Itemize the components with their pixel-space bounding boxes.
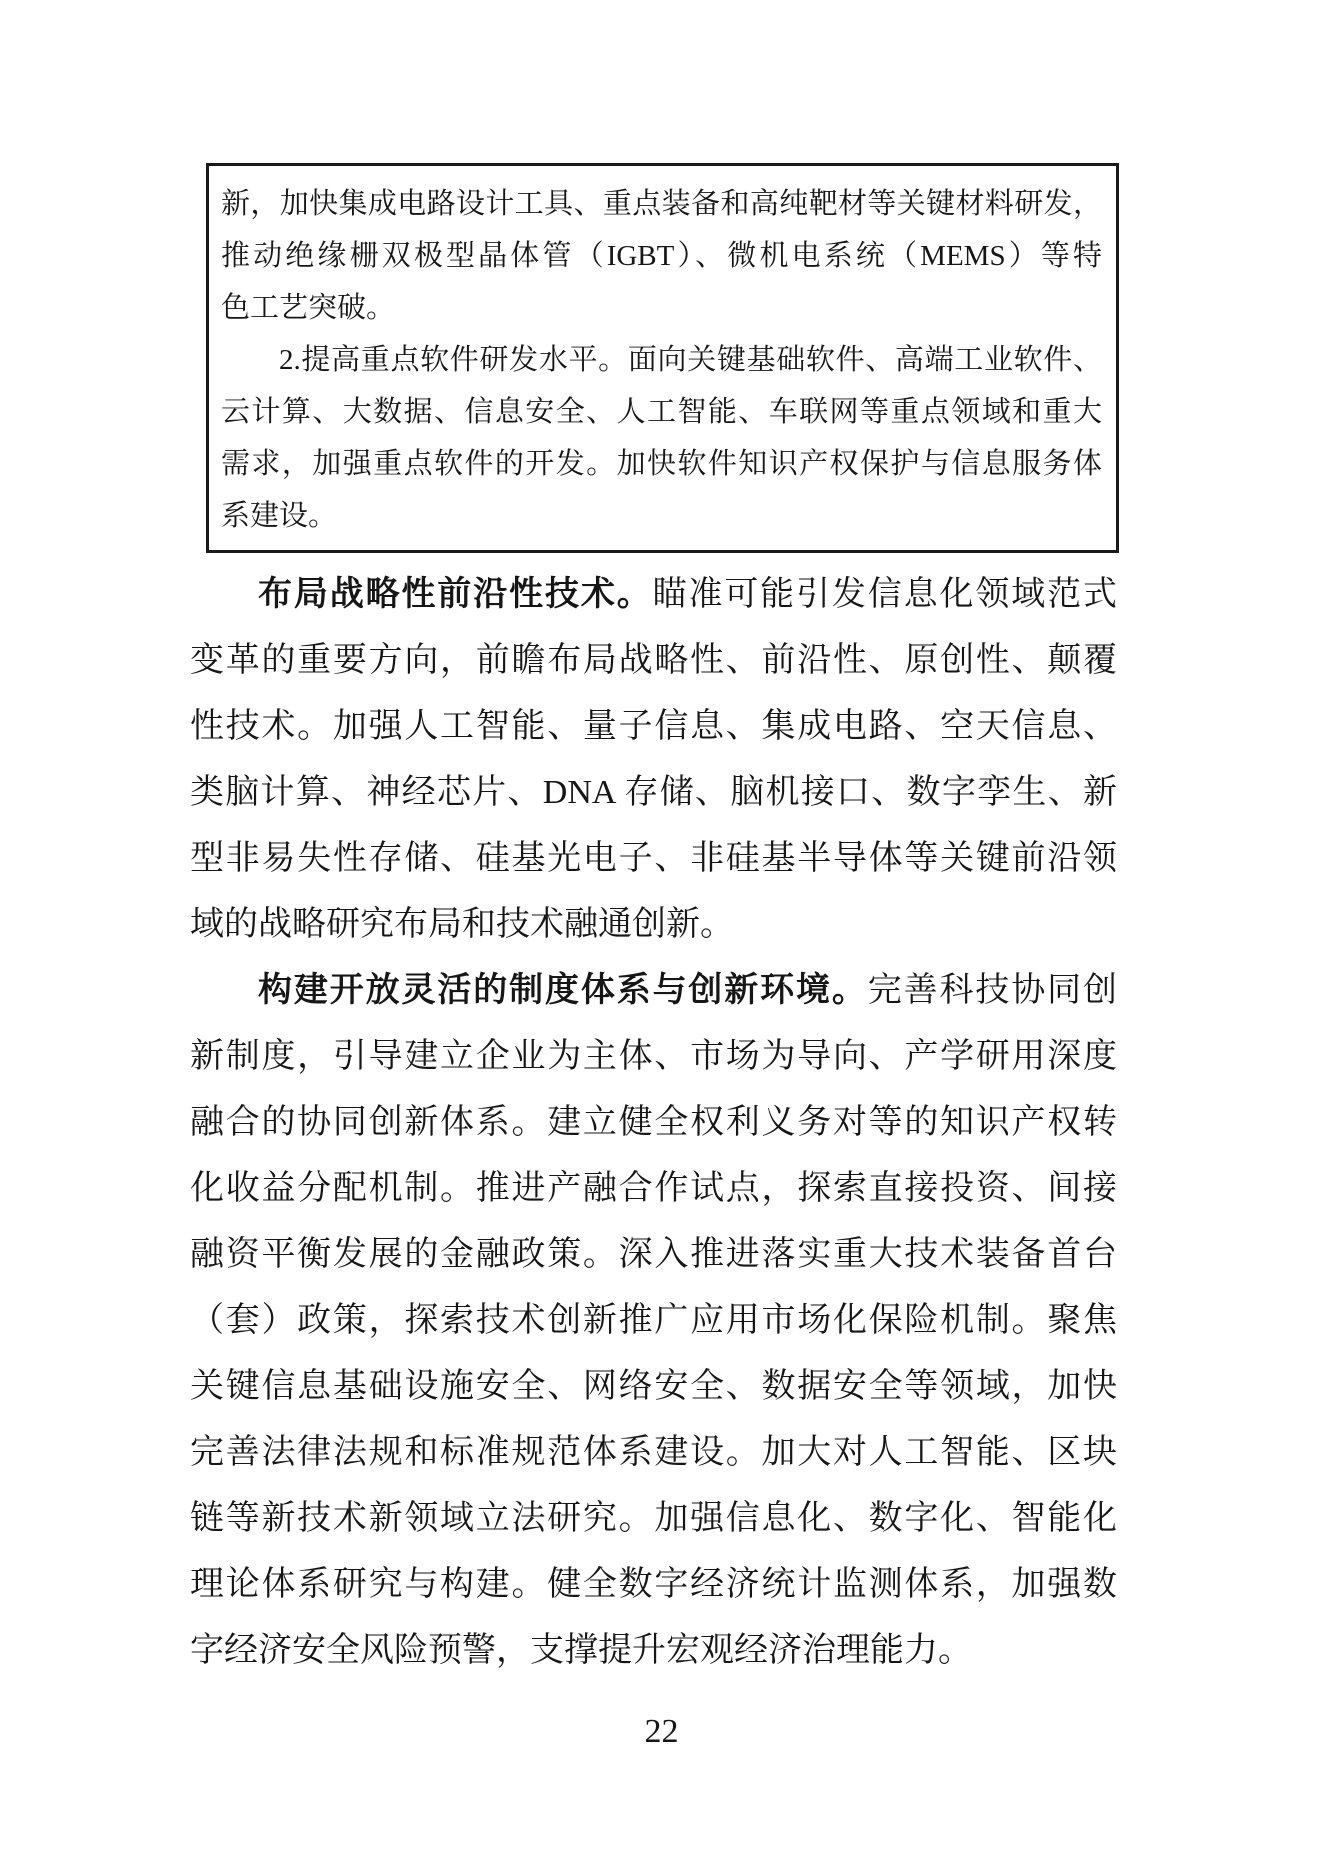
text-line: 新，加快集成电路设计工具、重点装备和高纯靶材等关键材料研发， bbox=[221, 178, 1102, 230]
text-line: 关键信息基础设施安全、网络安全、数据安全等领域，加快 bbox=[190, 1354, 1117, 1420]
text-line: 理论体系研究与构建。健全数字经济统计监测体系，加强数 bbox=[190, 1552, 1117, 1618]
text-line: 色工艺突破。 bbox=[221, 282, 1102, 334]
text-line: 变革的重要方向，前瞻布局战略性、前沿性、原创性、颠覆 bbox=[190, 628, 1117, 694]
text-line: （套）政策，探索技术创新推广应用市场化保险机制。聚焦 bbox=[190, 1288, 1117, 1354]
text-line: 需求，加强重点软件的开发。加快软件知识产权保护与信息服务体 bbox=[221, 438, 1102, 490]
text-line: 2.提高重点软件研发水平。面向关键基础软件、高端工业软件、 bbox=[221, 334, 1102, 386]
text-line: 完善法律法规和标准规范体系建设。加大对人工智能、区块 bbox=[190, 1420, 1117, 1486]
paragraph-text: 关键信息基础设施安全、网络安全、数据安全等领域，加快 bbox=[190, 1368, 1117, 1405]
paragraph-text: 新制度，引导建立企业为主体、市场为导向、产学研用深度 bbox=[190, 1038, 1117, 1075]
paragraph-text: 2.提高重点软件研发水平。面向关键基础软件、高端工业软件、 bbox=[279, 344, 1102, 376]
paragraph-text: 字经济安全风险预警，支撑提升宏观经济治理能力。 bbox=[190, 1632, 972, 1669]
text-line: 域的战略研究布局和技术融通创新。 bbox=[190, 892, 1117, 958]
document-page: 新，加快集成电路设计工具、重点装备和高纯靶材等关键材料研发，推动绝缘栅双极型晶体… bbox=[0, 0, 1323, 1871]
text-line: 融资平衡发展的金融政策。深入推进落实重大技术装备首台 bbox=[190, 1222, 1117, 1288]
paragraph-text: 化收益分配机制。推进产融合作试点，探索直接投资、间接 bbox=[190, 1170, 1117, 1207]
paragraph-text: 性技术。加强人工智能、量子信息、集成电路、空天信息、 bbox=[190, 708, 1117, 745]
page-number: 22 bbox=[0, 1712, 1323, 1752]
paragraph-text: 类脑计算、神经芯片、DNA 存储、脑机接口、数字孪生、新 bbox=[190, 774, 1117, 811]
text-line: 系建设。 bbox=[221, 490, 1102, 542]
paragraph-text: 色工艺突破。 bbox=[221, 292, 395, 324]
paragraph-text: 推动绝缘栅双极型晶体管（IGBT）、微机电系统（MEMS）等特 bbox=[221, 240, 1102, 272]
paragraph-text: 变革的重要方向，前瞻布局战略性、前沿性、原创性、颠覆 bbox=[190, 642, 1117, 679]
paragraph-text: 完善科技协同创 bbox=[868, 972, 1117, 1009]
paragraph-text: 完善法律法规和标准规范体系建设。加大对人工智能、区块 bbox=[190, 1434, 1117, 1471]
paragraph-text: 域的战略研究布局和技术融通创新。 bbox=[190, 906, 734, 943]
text-line: 性技术。加强人工智能、量子信息、集成电路、空天信息、 bbox=[190, 694, 1117, 760]
paragraph-text: 链等新技术新领域立法研究。加强信息化、数字化、智能化 bbox=[190, 1500, 1117, 1537]
paragraph-text: 瞄准可能引发信息化领域范式 bbox=[653, 576, 1117, 613]
body-content: 布局战略性前沿性技术。瞄准可能引发信息化领域范式变革的重要方向，前瞻布局战略性、… bbox=[190, 562, 1117, 1684]
paragraph-text: 理论体系研究与构建。健全数字经济统计监测体系，加强数 bbox=[190, 1566, 1117, 1603]
text-line: 云计算、大数据、信息安全、人工智能、车联网等重点领域和重大 bbox=[221, 386, 1102, 438]
paragraph-text: 型非易失性存储、硅基光电子、非硅基半导体等关键前沿领 bbox=[190, 840, 1117, 877]
text-line: 构建开放灵活的制度体系与创新环境。完善科技协同创 bbox=[190, 958, 1117, 1024]
text-line: 型非易失性存储、硅基光电子、非硅基半导体等关键前沿领 bbox=[190, 826, 1117, 892]
text-line: 字经济安全风险预警，支撑提升宏观经济治理能力。 bbox=[190, 1618, 1117, 1684]
paragraph-text: 云计算、大数据、信息安全、人工智能、车联网等重点领域和重大 bbox=[221, 396, 1102, 428]
paragraph-lead: 构建开放灵活的制度体系与创新环境。 bbox=[258, 972, 868, 1009]
text-line: 链等新技术新领域立法研究。加强信息化、数字化、智能化 bbox=[190, 1486, 1117, 1552]
text-line: 融合的协同创新体系。建立健全权利义务对等的知识产权转 bbox=[190, 1090, 1117, 1156]
paragraph-text: 系建设。 bbox=[221, 500, 337, 532]
text-line: 布局战略性前沿性技术。瞄准可能引发信息化领域范式 bbox=[190, 562, 1117, 628]
paragraph-text: 融合的协同创新体系。建立健全权利义务对等的知识产权转 bbox=[190, 1104, 1117, 1141]
paragraph-text: （套）政策，探索技术创新推广应用市场化保险机制。聚焦 bbox=[190, 1302, 1117, 1339]
paragraph-text: 需求，加强重点软件的开发。加快软件知识产权保护与信息服务体 bbox=[221, 448, 1102, 480]
paragraph-lead: 布局战略性前沿性技术。 bbox=[258, 576, 653, 613]
text-line: 化收益分配机制。推进产融合作试点，探索直接投资、间接 bbox=[190, 1156, 1117, 1222]
callout-box: 新，加快集成电路设计工具、重点装备和高纯靶材等关键材料研发，推动绝缘栅双极型晶体… bbox=[206, 163, 1119, 553]
text-line: 类脑计算、神经芯片、DNA 存储、脑机接口、数字孪生、新 bbox=[190, 760, 1117, 826]
paragraph-text: 新，加快集成电路设计工具、重点装备和高纯靶材等关键材料研发， bbox=[221, 188, 1102, 220]
text-line: 新制度，引导建立企业为主体、市场为导向、产学研用深度 bbox=[190, 1024, 1117, 1090]
paragraph-text: 融资平衡发展的金融政策。深入推进落实重大技术装备首台 bbox=[190, 1236, 1117, 1273]
text-line: 推动绝缘栅双极型晶体管（IGBT）、微机电系统（MEMS）等特 bbox=[221, 230, 1102, 282]
